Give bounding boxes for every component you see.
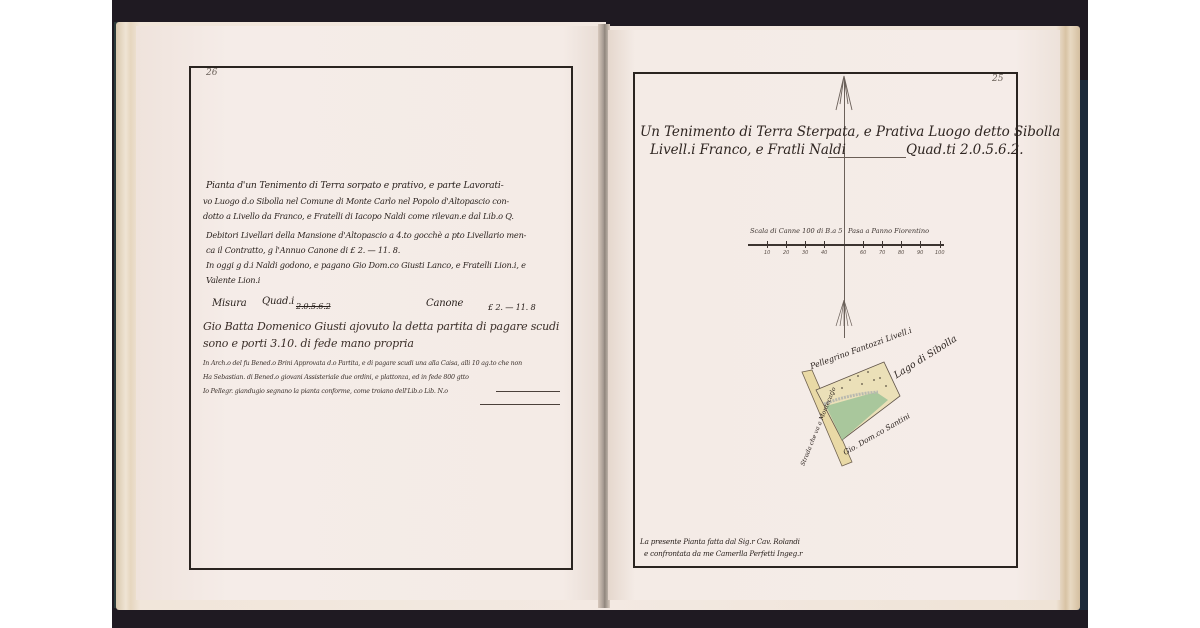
description-line: Valente Lion.i — [206, 275, 260, 285]
measure-value-struck: 2.0.5.6.2 — [296, 301, 331, 311]
description-line: dotto a Livello da Franco, e Fratelli di… — [203, 211, 514, 221]
scale-tick — [863, 241, 864, 248]
scale-number: 40 — [821, 250, 827, 256]
description-line: In oggi g d.i Naldi godono, e pagano Gio… — [206, 260, 526, 270]
scale-tick — [940, 241, 941, 248]
scale-tick — [920, 241, 921, 248]
rule — [480, 404, 560, 405]
map-title-line-2-left: Livell.i Franco, e Fratli Naldi — [650, 142, 846, 158]
scale-tick — [786, 241, 787, 248]
note-line: Io Pellegr. giandugio segnano la pianta … — [203, 388, 448, 395]
note-line: Ha Sebastian. di Bened.o giovani Assiste… — [203, 374, 469, 381]
canone-label: Canone — [426, 298, 463, 309]
measure-unit: Quad.i — [262, 296, 294, 307]
signature-line: e confrontata da me Camerlla Perfetti In… — [644, 549, 802, 558]
annotation-line: Gio Batta Domenico Giusti ajovuto la det… — [203, 320, 559, 333]
scale-number: 20 — [783, 250, 789, 256]
dotted-rule — [828, 157, 906, 158]
scale-number: 90 — [917, 250, 923, 256]
scale-number: 100 — [935, 250, 945, 256]
left-page-number: 26 — [206, 68, 217, 78]
north-arrow-shaft — [844, 78, 845, 338]
description-line: Pianta d'un Tenimento di Terra sorpato e… — [206, 180, 504, 191]
scale-number: 30 — [802, 250, 808, 256]
north-arrow-icon — [830, 74, 860, 114]
scale-tick — [767, 241, 768, 248]
canone-value: £ 2. — 11. 8 — [488, 302, 535, 312]
scale-number: 80 — [898, 250, 904, 256]
scale-tick — [824, 241, 825, 248]
note-line: In Arch.o del fu Bened.o Brini Approvata… — [203, 360, 522, 367]
scale-line — [748, 244, 944, 246]
scale-tick — [805, 241, 806, 248]
scale-label-right: Pasa a Panno Fiorentino — [848, 227, 929, 235]
map-title-line-1: Un Tenimento di Terra Sterpata, e Prativ… — [640, 124, 1060, 140]
scale-tick — [901, 241, 902, 248]
right-page-number: 25 — [992, 74, 1003, 84]
scale-number: 10 — [764, 250, 770, 256]
scale-number: 60 — [860, 250, 866, 256]
description-line: vo Luogo d.o Sibolla nel Comune di Monte… — [203, 196, 509, 206]
scale-tick — [882, 241, 883, 248]
scale-label-left: Scala di Canne 100 di B.a 5 — [750, 227, 842, 235]
map-title-line-2-right: Quad.ti 2.0.5.6.2. — [906, 142, 1023, 158]
measure-label: Misura — [212, 298, 247, 309]
rule — [496, 391, 560, 392]
description-line: ca il Contratto, g l'Annuo Canone di £ 2… — [206, 245, 400, 255]
annotation-line: sono e porti 3.10. di fede mano propria — [203, 337, 414, 350]
description-line: Debitori Livellari della Mansione d'Alto… — [206, 230, 526, 240]
left-page-frame — [189, 66, 573, 570]
signature-line: La presente Pianta fatta dal Sig.r Cav. … — [640, 537, 800, 546]
scale-number: 70 — [879, 250, 885, 256]
